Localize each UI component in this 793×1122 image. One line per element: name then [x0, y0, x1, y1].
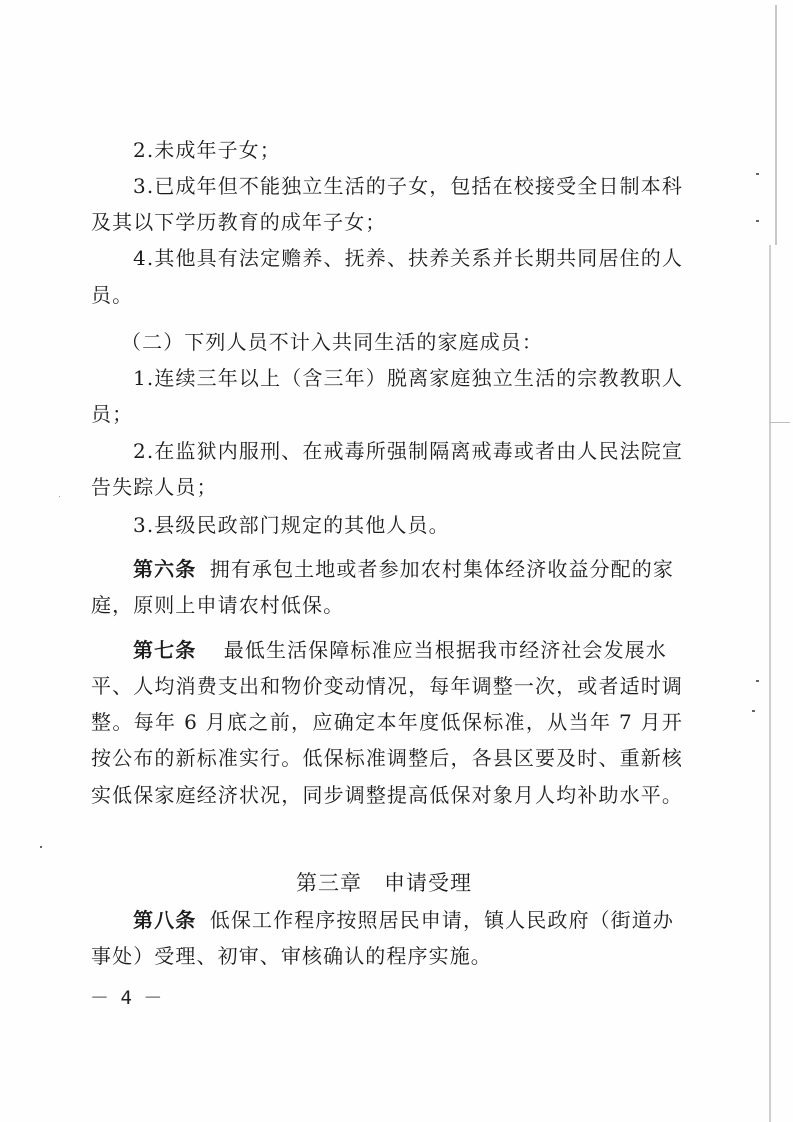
scan-speck: [756, 680, 759, 682]
paragraph-line: 员。: [91, 283, 683, 307]
article-label: 第八条: [133, 908, 196, 932]
paragraph-line: 整。每年 6 月底之前，应确定本年度低保标准，从当年 7 月开始: [91, 710, 683, 734]
article-6: 第六条 拥有承包土地或者参加农村集体经济收益分配的家: [133, 557, 683, 581]
chapter-heading: 第三章 申请受理: [296, 869, 472, 897]
scan-mark: [770, 422, 790, 423]
paragraph-line: 4.其他具有法定赡养、抚养、扶养关系并长期共同居住的人: [133, 246, 683, 270]
article-text: 拥有承包土地或者参加农村集体经济收益分配的家: [210, 557, 674, 581]
paragraph-line: 员；: [91, 402, 683, 426]
paragraph-line: 告失踪人员；: [91, 475, 683, 499]
page-number: － 4 －: [90, 986, 162, 1010]
scan-speck: [40, 846, 42, 848]
paragraph-line: 实低保家庭经济状况，同步调整提高低保对象月人均补助水平。: [91, 783, 683, 807]
article-text: 低保工作程序按照居民申请，镇人民政府（街道办: [210, 908, 674, 932]
paragraph-line: 2.在监狱内服刑、在戒毒所强制隔离戒毒或者由人民法院宣: [133, 439, 683, 463]
document-page: 2.未成年子女； 3.已成年但不能独立生活的子女，包括在校接受全日制本科 及其以…: [0, 0, 793, 1122]
paragraph-line: 及其以下学历教育的成年子女；: [91, 210, 683, 234]
scan-speck: [752, 710, 755, 712]
article-label: 第六条: [133, 557, 196, 581]
paragraph-line: 3.县级民政部门规定的其他人员。: [133, 513, 683, 537]
scan-speck: [756, 220, 759, 222]
paragraph-line: 2.未成年子女；: [133, 138, 683, 162]
scan-speck: [59, 496, 60, 497]
paragraph-line: 事处）受理、初审、审核确认的程序实施。: [91, 944, 683, 968]
scan-speck: [756, 173, 759, 175]
article-text: 最低生活保障标准应当根据我市经济社会发展水: [224, 638, 667, 662]
paragraph-line: 1.连续三年以上（含三年）脱离家庭独立生活的宗教教职人: [133, 366, 683, 390]
article-label: 第七条: [133, 638, 196, 662]
page-fold-line: [769, 245, 771, 1122]
paragraph-line: 平、人均消费支出和物价变动情况，每年调整一次，或者适时调: [91, 674, 683, 698]
article-7: 第七条 最低生活保障标准应当根据我市经济社会发展水: [133, 638, 683, 662]
page-fold-line: [775, 5, 777, 245]
article-8: 第八条 低保工作程序按照居民申请，镇人民政府（街道办: [133, 908, 683, 932]
subsection-heading: （二）下列人员不计入共同生活的家庭成员：: [121, 330, 713, 354]
paragraph-line: 3.已成年但不能独立生活的子女，包括在校接受全日制本科: [133, 174, 683, 198]
paragraph-line: 按公布的新标准实行。低保标准调整后，各县区要及时、重新核: [91, 746, 683, 770]
paragraph-line: 庭，原则上申请农村低保。: [91, 593, 683, 617]
